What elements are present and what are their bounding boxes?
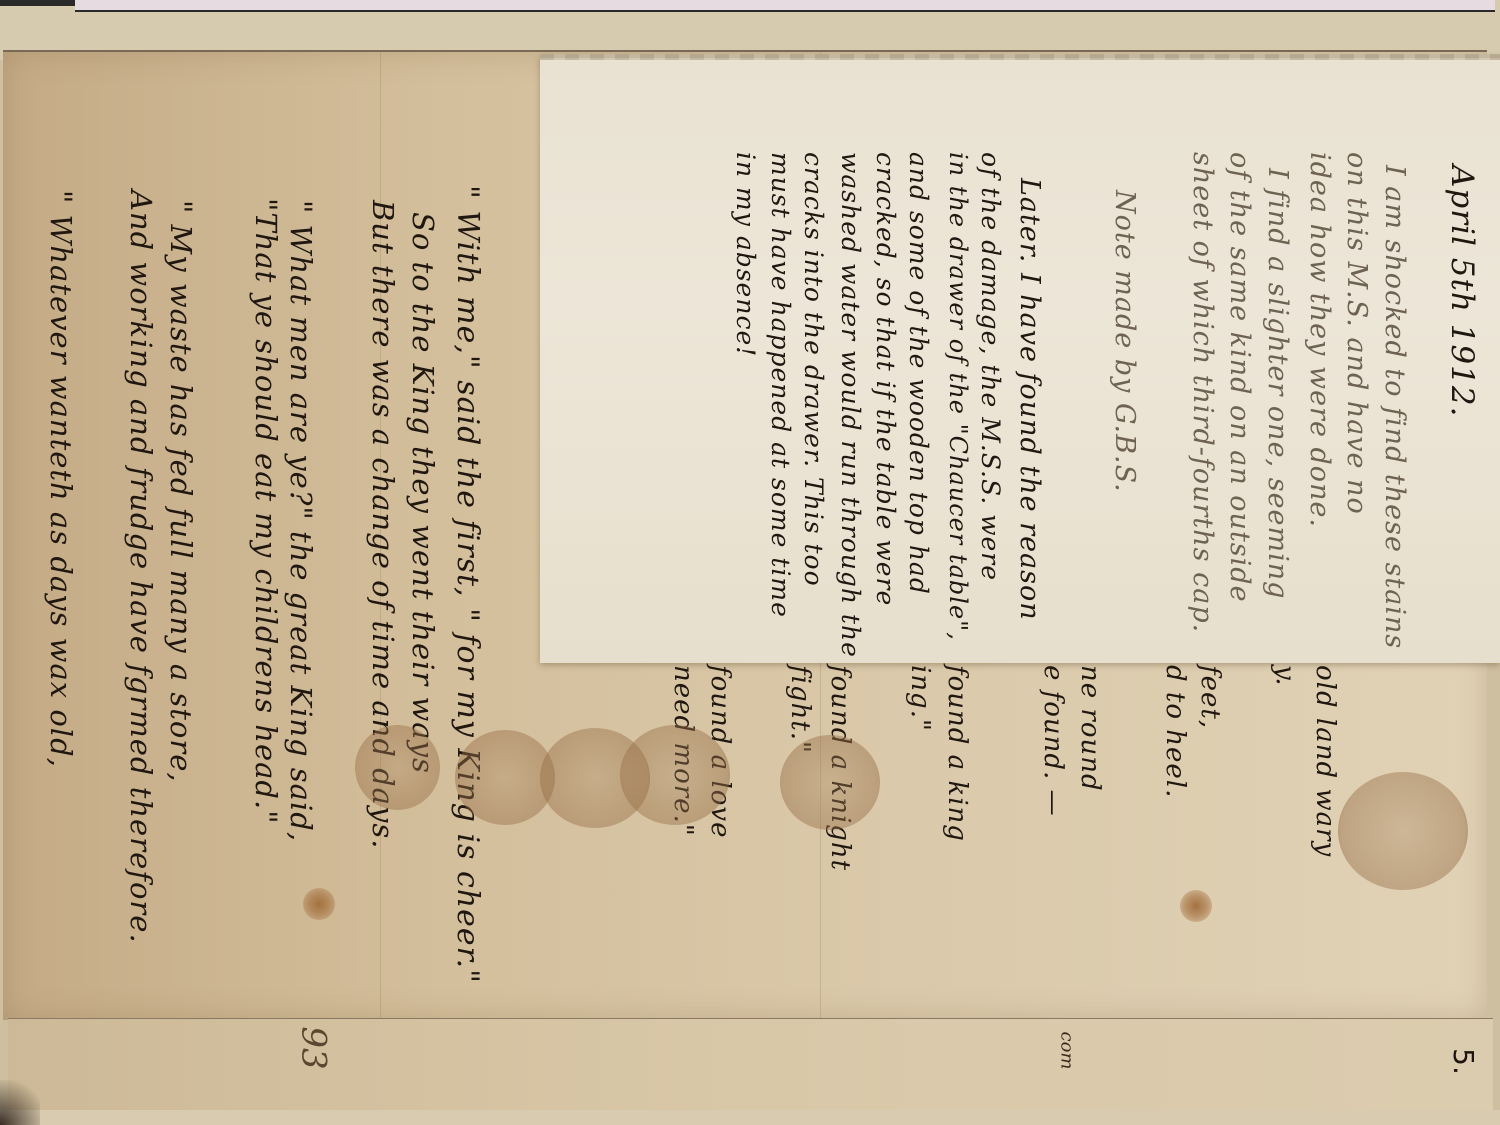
margin-text-fragment: com <box>1057 1032 1078 1070</box>
text-fragment: y. <box>1270 665 1300 687</box>
text-fragment: found a king <box>942 665 972 842</box>
frame-edge-light <box>75 0 1495 12</box>
note-line: I am shocked to find these stains <box>1379 165 1410 649</box>
note-line: in my absence! <box>731 152 760 357</box>
note-line: must have happened at some time <box>766 152 795 618</box>
text-fragment: ne round <box>1075 665 1105 792</box>
note-line: washed water would run through the <box>836 152 865 658</box>
verse-line: So to the King they went their ways <box>406 212 440 774</box>
verse-line: " Whatever wanteth as days wax old, <box>44 190 78 768</box>
verse-line: " With me," said the first, " for my Kin… <box>450 185 485 984</box>
ink-spot <box>303 888 335 920</box>
verse-line: And working and frudge have fgrmed there… <box>124 190 158 944</box>
note-line: in the drawer of the "Chaucer table", <box>944 152 972 641</box>
note-line: and some of the wooden top had <box>904 152 933 595</box>
torn-edge <box>540 54 1500 60</box>
water-stain <box>780 735 880 830</box>
verse-line: " What men are ye?" the great King said, <box>284 200 318 842</box>
note-line: cracked, so that if the table were <box>871 152 900 606</box>
note-line: Later. I have found the reason <box>1014 178 1045 621</box>
pencil-folio-mark: 93 <box>294 1026 334 1069</box>
page-number: 5. <box>1447 1048 1480 1075</box>
note-line: cracks into the drawer. This too <box>799 152 828 587</box>
mount-board-bottom <box>0 1110 1500 1125</box>
text-fragment: ing." <box>905 665 935 732</box>
frame-edge <box>0 0 75 6</box>
text-fragment: old land wary <box>1310 665 1340 857</box>
water-stain <box>355 725 440 810</box>
verse-line: "That ye should eat my childrens head." <box>249 198 283 825</box>
note-line: sheet of which third-fourths cap. <box>1187 152 1218 633</box>
water-stain <box>540 728 650 828</box>
text-fragment: e found. — <box>1038 665 1068 817</box>
note-line: I find a slighter one, seeming <box>1262 168 1293 599</box>
note-line: idea how they were done. <box>1304 152 1335 528</box>
lower-sheet <box>8 1018 1493 1119</box>
shadow <box>0 1080 40 1125</box>
water-stain <box>1338 772 1468 890</box>
water-stain <box>455 730 555 825</box>
note-line: of the damage, the M.S.S. were <box>976 152 1005 581</box>
verse-line: " My waste has fed full many a store, <box>164 200 198 783</box>
note-date: April 5th 1912. <box>1444 165 1480 417</box>
note-signature: Note made by G.B.S. <box>1109 190 1140 493</box>
ink-spot <box>1180 890 1212 922</box>
text-fragment: d to heel. <box>1160 665 1190 798</box>
note-line: of the same kind on an outside <box>1224 152 1255 603</box>
note-line: on this M.S. and have no <box>1341 152 1372 515</box>
text-fragment: feet, <box>1195 665 1225 729</box>
